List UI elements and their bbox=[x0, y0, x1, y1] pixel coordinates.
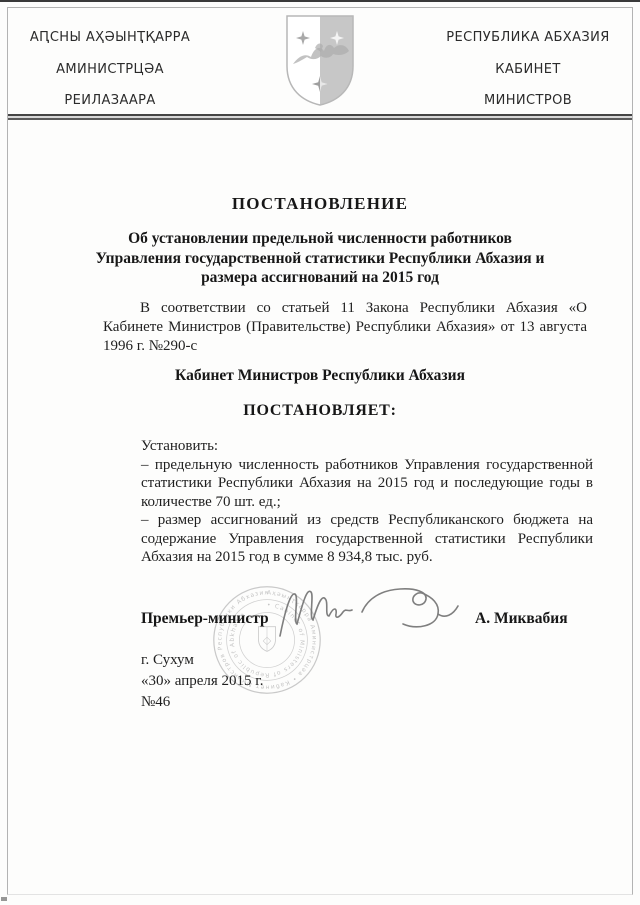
letterhead-russian-line1: РЕСПУБЛИКА АБХАЗИЯ bbox=[442, 22, 614, 54]
resolution-item: – размер ассигнований из средств Республ… bbox=[141, 511, 593, 567]
resolution-block: Установить: – предельную численность раб… bbox=[141, 437, 593, 567]
signature-autograph bbox=[276, 582, 462, 644]
scan-smudge bbox=[1, 897, 7, 901]
document-resolves: ПОСТАНОВЛЯЕТ: bbox=[0, 402, 640, 420]
scan-edge-top bbox=[0, 0, 640, 2]
document-number: №46 bbox=[141, 694, 170, 711]
letterhead-abkhaz-line1: АԤСНЫ АҲӘЫНҬҚАРРА bbox=[25, 22, 195, 54]
signature-date: «30» апреля 2015 г. bbox=[141, 673, 264, 690]
signature-city: г. Сухум bbox=[141, 652, 194, 669]
letterhead-abkhaz: АԤСНЫ АҲӘЫНҬҚАРРА АМИНИСТРЦӘА РЕИЛАЗААРА bbox=[25, 22, 195, 117]
resolution-intro: Установить: bbox=[141, 437, 593, 456]
letterhead-abkhaz-line2: АМИНИСТРЦӘА bbox=[25, 54, 195, 86]
signatory-name: А. Миквабия bbox=[475, 610, 568, 628]
scanned-decree-page: АԤСНЫ АҲӘЫНҬҚАРРА АМИНИСТРЦӘА РЕИЛАЗААРА… bbox=[0, 0, 640, 905]
letterhead-russian-line3: МИНИСТРОВ bbox=[442, 85, 614, 117]
letterhead-russian-line2: КАБИНЕТ bbox=[442, 54, 614, 86]
abkhazia-coat-of-arms-icon bbox=[285, 14, 355, 107]
letterhead-russian: РЕСПУБЛИКА АБХАЗИЯ КАБИНЕТ МИНИСТРОВ bbox=[442, 22, 614, 117]
document-subject: Об установлении предельной численности р… bbox=[95, 229, 545, 288]
signatory-role: Премьер-министр bbox=[141, 610, 269, 628]
resolution-item: – предельную численность работников Упра… bbox=[141, 456, 593, 512]
letterhead-abkhaz-line3: РЕИЛАЗААРА bbox=[25, 85, 195, 117]
letterhead-divider bbox=[8, 114, 633, 120]
document-title: ПОСТАНОВЛЕНИЕ bbox=[0, 194, 640, 214]
document-preamble: В соответствии со статьей 11 Закона Респ… bbox=[103, 299, 587, 356]
document-authority: Кабинет Министров Республики Абхазия bbox=[0, 367, 640, 385]
